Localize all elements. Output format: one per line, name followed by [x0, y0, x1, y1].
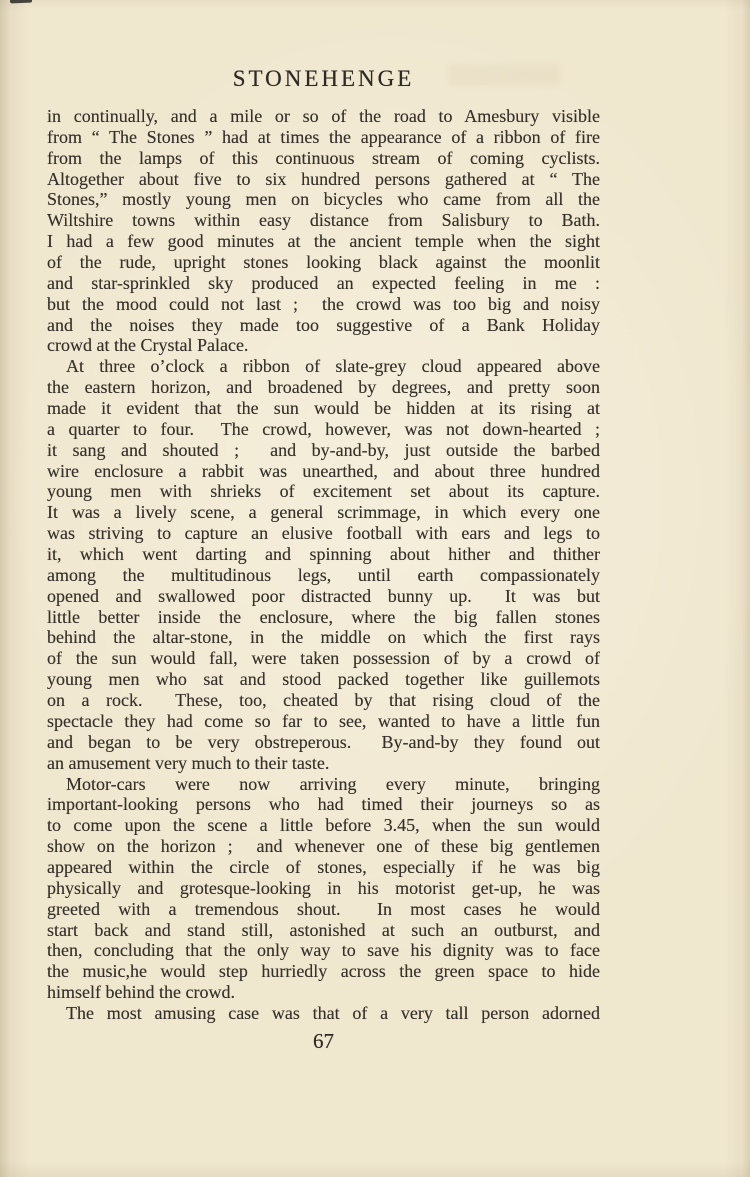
- text-line: from “ The Stones ” had at times the app…: [47, 127, 600, 148]
- text-line: The most amusing case was that of a very…: [47, 1003, 600, 1024]
- text-block: in continually, and a mile or so of the …: [47, 106, 600, 1024]
- paragraph: Motor-cars were now arriving every minut…: [47, 774, 600, 1003]
- paragraph: in continually, and a mile or so of the …: [47, 106, 600, 356]
- text-line: appeared within the circle of stones, es…: [47, 857, 600, 878]
- text-line: greeted with a tremendous shout. In most…: [47, 899, 600, 920]
- text-line: physically and grotesque-looking in his …: [47, 878, 600, 899]
- text-line: an amusement very much to their taste.: [47, 753, 600, 774]
- text-line: among the multitudinous legs, until eart…: [47, 565, 600, 586]
- text-line: start back and stand still, astonished a…: [47, 920, 600, 941]
- text-line: young men who sat and stood packed toget…: [47, 669, 600, 690]
- text-line: made it evident that the sun would be hi…: [47, 398, 600, 419]
- page-title: STONEHENGE: [47, 66, 600, 92]
- text-line: Wiltshire towns within easy distance fro…: [47, 210, 600, 231]
- text-line: but the mood could not last ; the crowd …: [47, 294, 600, 315]
- text-line: crowd at the Crystal Palace.: [47, 335, 600, 356]
- text-line: in continually, and a mile or so of the …: [47, 106, 600, 127]
- text-line: a quarter to four. The crowd, however, w…: [47, 419, 600, 440]
- text-line: little better inside the enclosure, wher…: [47, 607, 600, 628]
- text-line: important-looking persons who had timed …: [47, 794, 600, 815]
- text-line: and the noises they made too suggestive …: [47, 315, 600, 336]
- text-line: Altogether about five to six hundred per…: [47, 169, 600, 190]
- text-line: it sang and shouted ; and by-and-by, jus…: [47, 440, 600, 461]
- scan-artifact-mark: [10, 0, 32, 3]
- paragraph: The most amusing case was that of a very…: [47, 1003, 600, 1024]
- text-line: it, which went darting and spinning abou…: [47, 544, 600, 565]
- text-line: of the rude, upright stones looking blac…: [47, 252, 600, 273]
- text-line: show on the horizon ; and whenever one o…: [47, 836, 600, 857]
- text-line: At three o’clock a ribbon of slate-grey …: [47, 356, 600, 377]
- text-line: of the sun would fall, were taken posses…: [47, 648, 600, 669]
- text-line: the eastern horizon, and broadened by de…: [47, 377, 600, 398]
- text-line: and began to be very obstreperous. By-an…: [47, 732, 600, 753]
- text-line: Stones,” mostly young men on bicycles wh…: [47, 189, 600, 210]
- text-line: opened and swallowed poor distracted bun…: [47, 586, 600, 607]
- text-line: It was a lively scene, a general scrimma…: [47, 502, 600, 523]
- text-line: was striving to capture an elusive footb…: [47, 523, 600, 544]
- text-line: wire enclosure a rabbit was unearthed, a…: [47, 461, 600, 482]
- text-line: to come upon the scene a little before 3…: [47, 815, 600, 836]
- text-line: on a rock. These, too, cheated by that r…: [47, 690, 600, 711]
- book-page: STONEHENGE in continually, and a mile or…: [0, 0, 750, 1177]
- text-line: spectacle they had come so far to see, w…: [47, 711, 600, 732]
- text-line: from the lamps of this continuous stream…: [47, 148, 600, 169]
- text-line: then, concluding that the only way to sa…: [47, 940, 600, 961]
- text-line: Motor-cars were now arriving every minut…: [47, 774, 600, 795]
- paragraph: At three o’clock a ribbon of slate-grey …: [47, 356, 600, 773]
- text-line: and star-sprinkled sky produced an expec…: [47, 273, 600, 294]
- text-line: I had a few good minutes at the ancient …: [47, 231, 600, 252]
- text-line: behind the altar-stone, in the middle on…: [47, 627, 600, 648]
- page-number: 67: [47, 1029, 600, 1054]
- text-line: himself behind the crowd.: [47, 982, 600, 1003]
- text-line: young men with shrieks of excitement set…: [47, 481, 600, 502]
- text-line: the music,he would step hurriedly across…: [47, 961, 600, 982]
